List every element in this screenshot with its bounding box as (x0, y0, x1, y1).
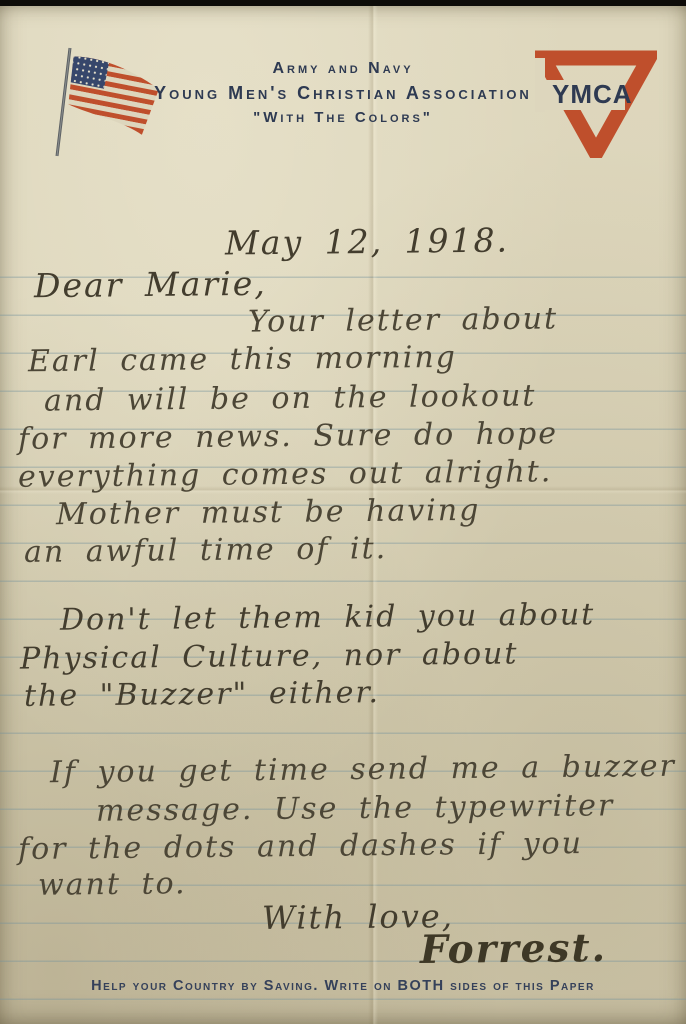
date-line: May 12, 1918. (225, 221, 509, 263)
handwritten-line: Don't let them kid you about (60, 597, 596, 638)
handwritten-line: for more news. Sure do hope (18, 416, 558, 457)
handwritten-line: everything comes out alright. (18, 454, 553, 495)
signature: Forrest. (420, 925, 608, 973)
handwritten-line: an awful time of it. (24, 531, 387, 570)
salutation: Dear Marie, (34, 264, 267, 305)
handwritten-line: Physical Culture, nor about (20, 636, 519, 676)
handwritten-line: and will be on the lookout (44, 378, 537, 418)
handwritten-line: Mother must be having (56, 493, 481, 532)
handwritten-line: If you get time send me a buzzer (50, 749, 676, 791)
handwritten-line: message. Use the typewriter (96, 788, 615, 828)
ymca-logo-text: YMCA (552, 79, 633, 109)
footer-slogan: Help your Country by Saving. Write on BO… (0, 978, 686, 994)
handwritten-line: for the dots and dashes if you (18, 826, 583, 867)
handwritten-line: want to. (38, 866, 187, 903)
handwritten-line: Earl came this morning (28, 340, 457, 379)
handwritten-line: the "Buzzer" either. (24, 675, 380, 714)
handwritten-line: Your letter about (248, 301, 558, 339)
letter-page: Army and Navy Young Men's Christian Asso… (0, 0, 686, 1024)
ymca-logo: YMCA (535, 50, 657, 158)
